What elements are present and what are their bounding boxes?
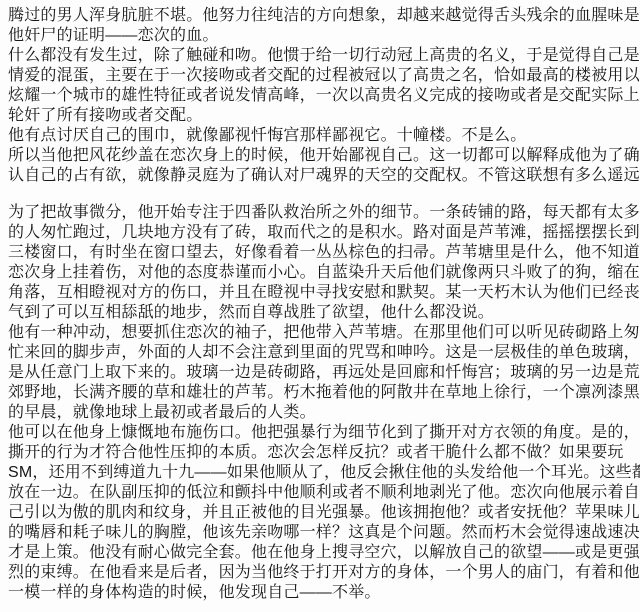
paragraph: 所以当他把风花纱盖在恋次身上的时候，他开始鄙视自己。这一切都可以解释成他为了确认… <box>8 146 632 186</box>
text-line: 情爱的混蛋，主要在于一次接吻或者交配的过程被冠以了高贵之名，恰如最高的楼被用以 <box>8 66 632 86</box>
text-line: 炫耀一个城市的雄性特征或者说发情高峰，一次以高贵名义完成的接吻或者是交配实际上 <box>8 86 632 106</box>
paragraph: 他有一种冲动，想要抓住恋次的袖子，把他带入芦苇塘。在那里他们可以听见砖砌路上匆忙… <box>8 323 632 423</box>
text-line: 才是上策。他没有耐心做完全套。他在他身上搜寻空穴，以解放自己的欲望——或是更强 <box>8 543 632 563</box>
text-line: 忙来回的脚步声，外面的人却不会注意到里面的咒骂和呻吟。这是一层极佳的单色玻璃， <box>8 343 632 363</box>
text-line: 恋次身上挂着伤，对他的态度恭谨而小心。自蓝染升天后他们就像两只斗败了的狗，缩在 <box>8 263 632 283</box>
paragraph: 他可以在他身上慷慨地布施伤口。他把强暴行为细节化到了撕开对方衣领的角度。是的，撕… <box>8 423 632 603</box>
paragraph: 什么都没有发生过，除了触碰和吻。他惯于给一切行动冠上高贵的名义，于是觉得自己是情… <box>8 46 632 126</box>
text-line: 角落，互相瞪视对方的伤口，并且在瞪视中寻找安慰和默契。某一天朽木认为他们已经丧 <box>8 283 632 303</box>
text-line: 什么都没有发生过，除了触碰和吻。他惯于给一切行动冠上高贵的名义，于是觉得自己是 <box>8 46 632 66</box>
text-section: 为了把故事微分，他开始专注于四番队救治所之外的细节。一条砖铺的路，每天都有太多的… <box>8 203 632 603</box>
text-line: 的人匆忙跑过，几块地方没有了砖，取而代之的是积水。路对面是芦苇滩，摇摇摆摆长到 <box>8 223 632 243</box>
text-line: 放在一边。在队副压抑的低泣和颤抖中他顺利或者不顺利地剥光了他。恋次向他展示着自 <box>8 483 632 503</box>
text-line: 己引以为傲的肌肉和纹身，并且正被他的目光强暴。他该拥抱他？或者安抚他？苹果味儿 <box>8 503 632 523</box>
paragraph: 恋次身上挂着伤，对他的态度恭谨而小心。自蓝染升天后他们就像两只斗败了的狗，缩在角… <box>8 263 632 323</box>
text-line: 的早晨，就像地球上最初或者最后的人类。 <box>8 403 632 423</box>
text-section: 腾过的男人浑身肮脏不堪。他努力往纯洁的方向想象，却越来越觉得舌头残余的血腥味是他… <box>8 6 632 186</box>
text-line: 腾过的男人浑身肮脏不堪。他努力往纯洁的方向想象，却越来越觉得舌头残余的血腥味是 <box>8 6 632 26</box>
text-line: 撕开的行为才符合他性压抑的本质。恋次会怎样反抗？或者干脆什么都不做？如果要玩 <box>8 443 632 463</box>
paragraph: 为了把故事微分，他开始专注于四番队救治所之外的细节。一条砖铺的路，每天都有太多的… <box>8 203 632 263</box>
text-line: 所以当他把风花纱盖在恋次身上的时候，他开始鄙视自己。这一切都可以解释成他为了确 <box>8 146 632 166</box>
text-line: 轮奸了所有接吻或者交配。 <box>8 106 632 126</box>
text-line: 他奸尸的证明——恋次的血。 <box>8 26 632 46</box>
text-line: 气到了可以互相舔舐的地步，然而自尊战胜了欲望，他什么都没说。 <box>8 303 632 323</box>
text-line: 他有一种冲动，想要抓住恋次的袖子，把他带入芦苇塘。在那里他们可以听见砖砌路上匆 <box>8 323 632 343</box>
text-line: SM，还用不到缚道九十九——如果他顺从了，他反会揪住他的头发给他一个耳光。这些都 <box>8 463 632 483</box>
text-line: 烈的束缚。在他看来是后者，因为当他终于打开对方的身体，一个男人的庙门，有着和他 <box>8 563 632 583</box>
text-line: 他有点讨厌自己的围巾，就像鄙视忏悔宫那样鄙视它。十幢楼。不是么。 <box>8 126 632 146</box>
text-page: 腾过的男人浑身肮脏不堪。他努力往纯洁的方向想象，却越来越觉得舌头残余的血腥味是他… <box>0 0 640 612</box>
text-line: 为了把故事微分，他开始专注于四番队救治所之外的细节。一条砖铺的路，每天都有太多 <box>8 203 632 223</box>
text-line: 郊野地，长满齐腰的草和雄壮的芦苇。朽木拖着他的阿散井在草地上徐行，一个凛冽漆黑 <box>8 383 632 403</box>
text-line: 是从任意门上取下来的。玻璃一边是砖砌路，再远处是回廊和忏悔宫；玻璃的另一边是荒 <box>8 363 632 383</box>
paragraph: 腾过的男人浑身肮脏不堪。他努力往纯洁的方向想象，却越来越觉得舌头残余的血腥味是他… <box>8 6 632 46</box>
text-line: 他可以在他身上慷慨地布施伤口。他把强暴行为细节化到了撕开对方衣领的角度。是的， <box>8 423 632 443</box>
text-line: 三楼窗口，有时坐在窗口望去，好像看着一丛丛棕色的扫帚。芦苇塘里是什么，他不知道。 <box>8 243 632 263</box>
paragraph: 他有点讨厌自己的围巾，就像鄙视忏悔宫那样鄙视它。十幢楼。不是么。 <box>8 126 632 146</box>
text-line: 认自己的占有欲，就像静灵庭为了确认对尸魂界的天空的交配权。不管这联想有多么遥远。 <box>8 166 632 186</box>
text-line: 的嘴唇和耗子味儿的胸膛，他该先亲吻哪一样？这真是个问题。然而朽木会觉得速战速决 <box>8 523 632 543</box>
text-line: 一模一样的身体构造的时候，他发现自己——不举。 <box>8 583 632 603</box>
